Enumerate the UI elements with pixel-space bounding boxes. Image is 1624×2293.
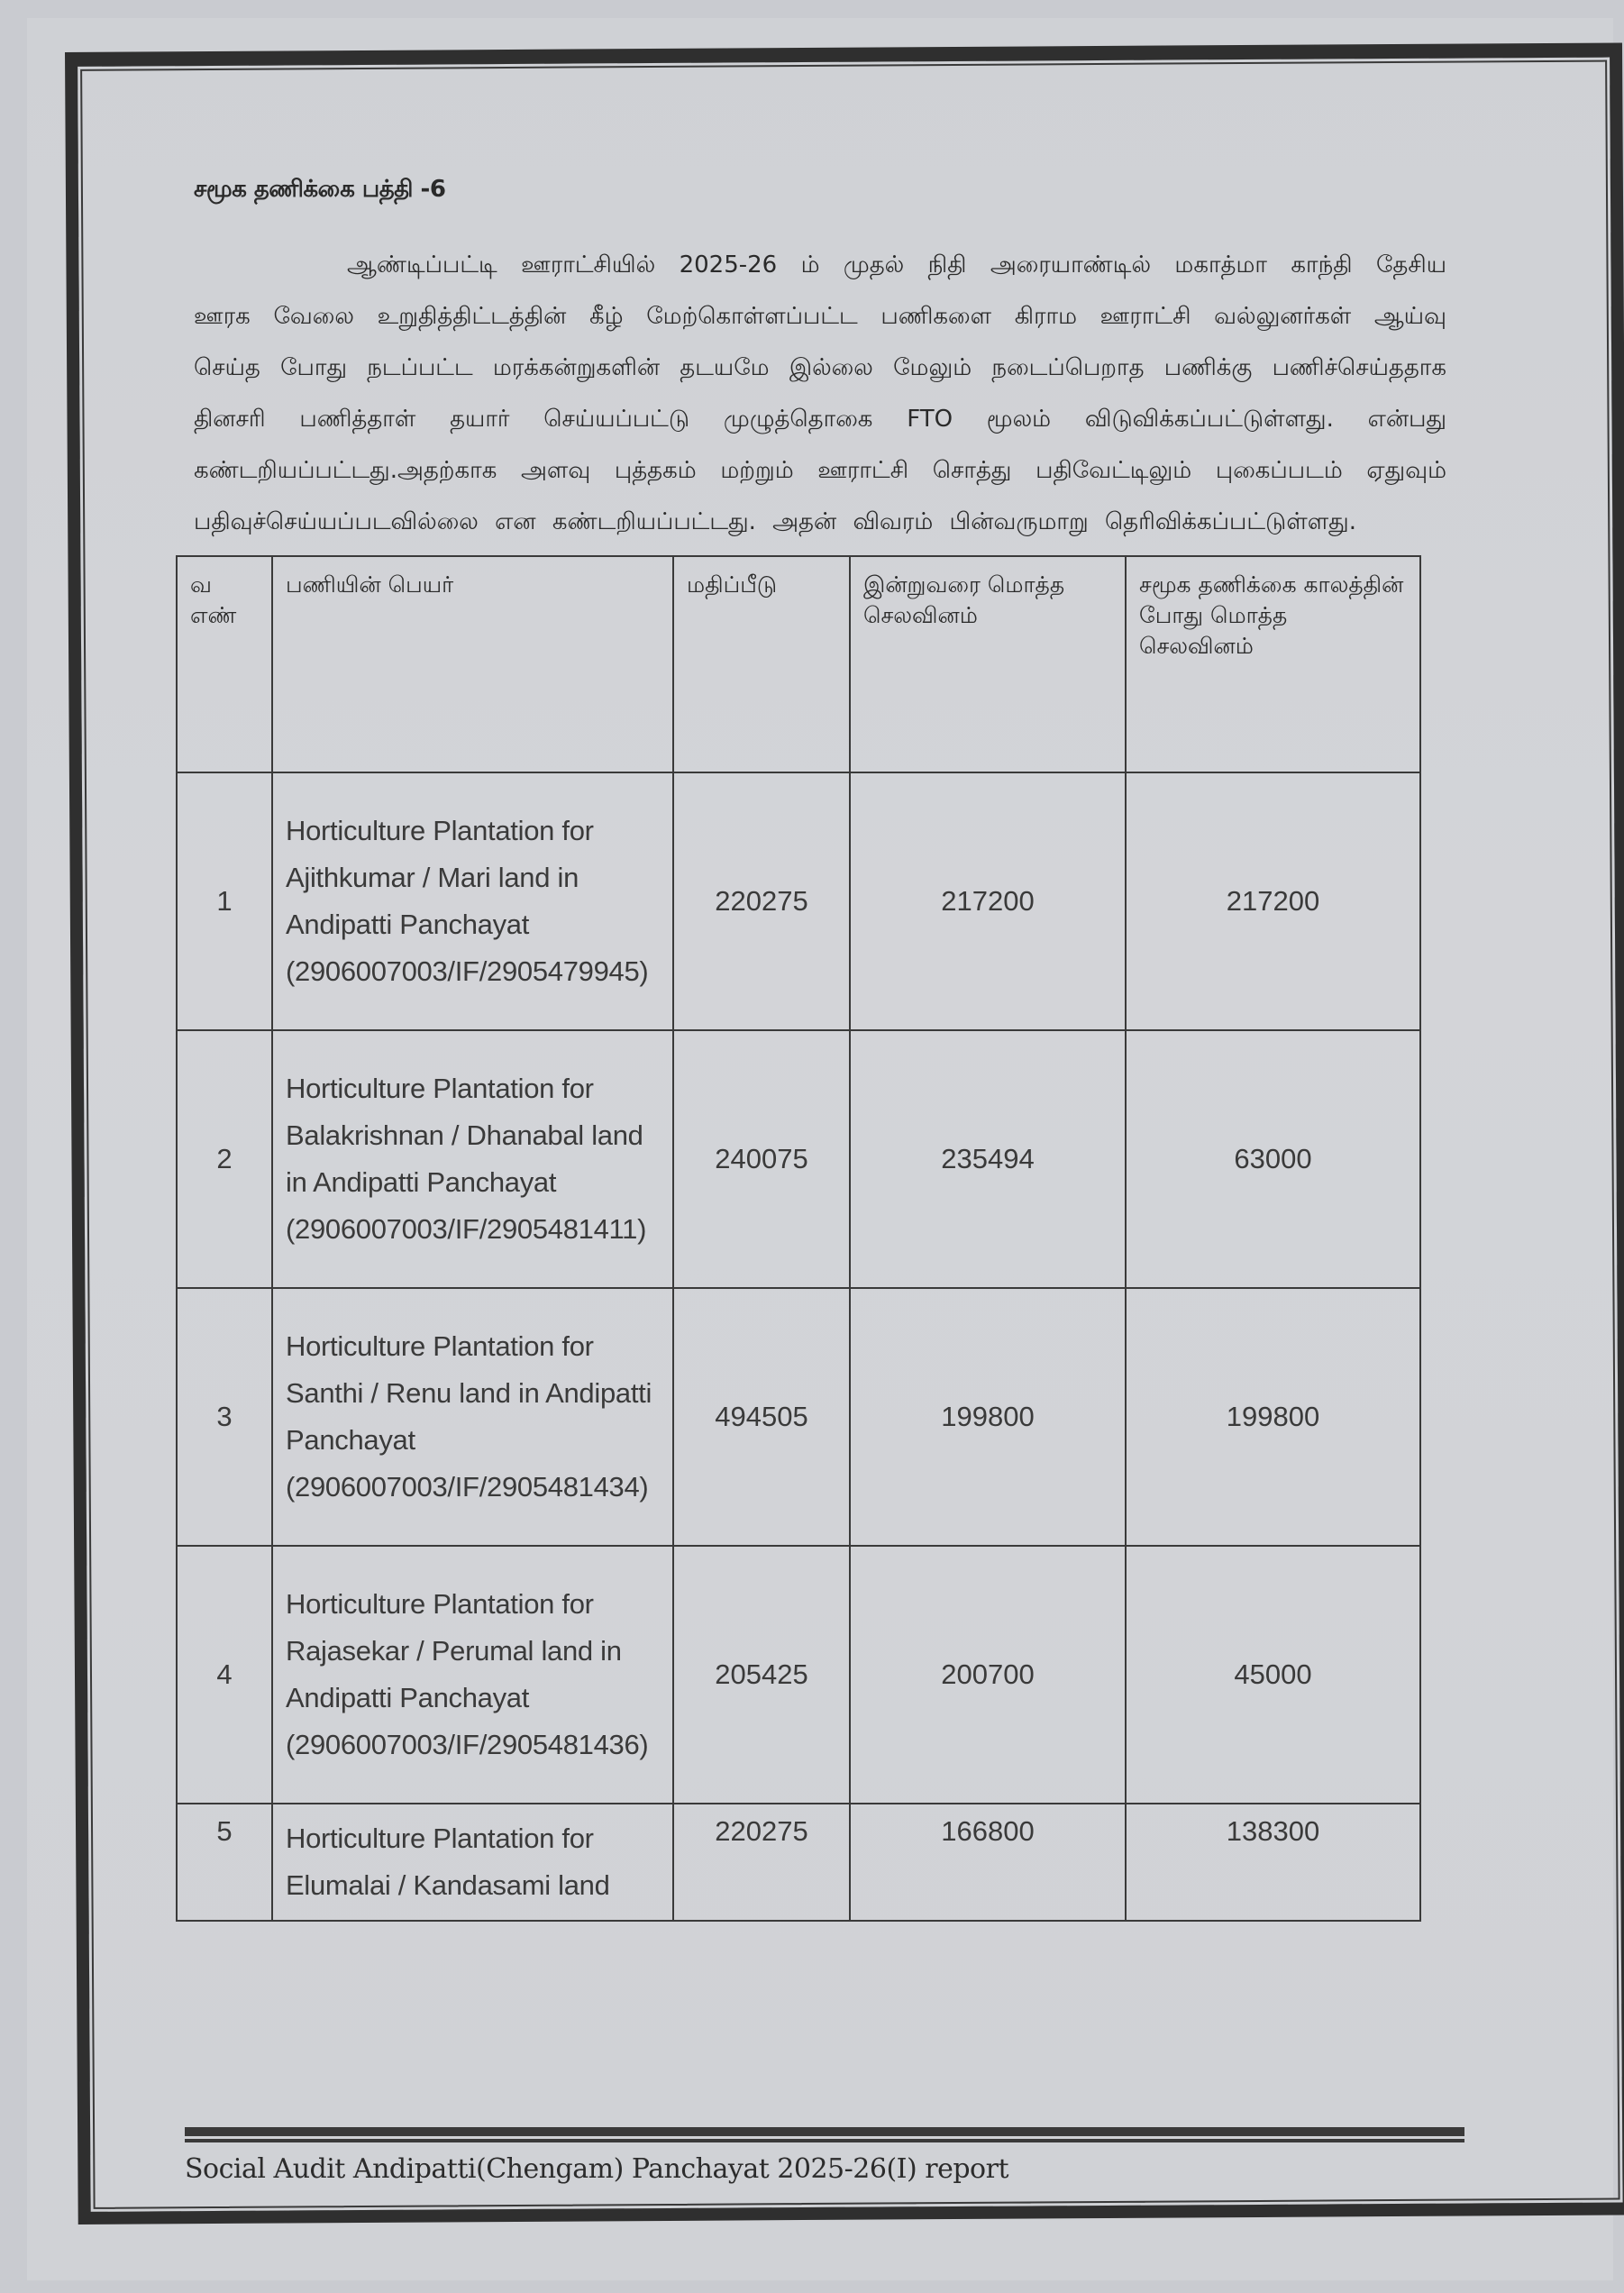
footer-divider [185, 2127, 1464, 2139]
footer-text: Social Audit Andipatti(Chengam) Panchaya… [185, 2153, 1464, 2185]
estimate-cell: 220275 [673, 1804, 850, 1921]
estimate-cell: 240075 [673, 1030, 850, 1288]
header-estimate: மதிப்பீடு [673, 556, 850, 772]
document-body: சமூக தணிக்கை பத்தி -6 ஆண்டிப்பட்டி ஊராட்… [194, 176, 1446, 1922]
expenditure-to-date-cell: 217200 [850, 772, 1126, 1030]
estimate-cell: 494505 [673, 1288, 850, 1546]
expenditure-audit-period-cell: 199800 [1126, 1288, 1420, 1546]
work-name-cell: Horticulture Plantation for Elumalai / K… [272, 1804, 673, 1921]
finding-paragraph: ஆண்டிப்பட்டி ஊராட்சியில் 2025-26 ம் முதல… [194, 240, 1446, 548]
header-expenditure-audit-period: சமூக தணிக்கை காலத்தின் போது மொத்த செலவின… [1126, 556, 1420, 772]
estimate-cell: 205425 [673, 1546, 850, 1804]
estimate-cell: 220275 [673, 772, 850, 1030]
expenditure-to-date-cell: 200700 [850, 1546, 1126, 1804]
header-expenditure-to-date: இன்றுவரை மொத்த செலவினம் [850, 556, 1126, 772]
serial-no-cell: 1 [177, 772, 272, 1030]
table-row: 3 Horticulture Plantation for Santhi / R… [177, 1288, 1420, 1546]
page-footer: Social Audit Andipatti(Chengam) Panchaya… [185, 2127, 1464, 2185]
expenditure-audit-period-cell: 45000 [1126, 1546, 1420, 1804]
expenditure-audit-period-cell: 63000 [1126, 1030, 1420, 1288]
work-name-cell: Horticulture Plantation for Rajasekar / … [272, 1546, 673, 1804]
serial-no-cell: 5 [177, 1804, 272, 1921]
work-name-cell: Horticulture Plantation for Balakrishnan… [272, 1030, 673, 1288]
work-name-cell: Horticulture Plantation for Santhi / Ren… [272, 1288, 673, 1546]
works-table: வ எண் பணியின் பெயர் மதிப்பீடு இன்றுவரை ம… [176, 555, 1421, 1922]
section-title: சமூக தணிக்கை பத்தி -6 [194, 176, 1446, 206]
table-row: 5 Horticulture Plantation for Elumalai /… [177, 1804, 1420, 1921]
serial-no-cell: 4 [177, 1546, 272, 1804]
serial-no-cell: 2 [177, 1030, 272, 1288]
expenditure-audit-period-cell: 217200 [1126, 772, 1420, 1030]
table-row: 4 Horticulture Plantation for Rajasekar … [177, 1546, 1420, 1804]
table-header-row: வ எண் பணியின் பெயர் மதிப்பீடு இன்றுவரை ம… [177, 556, 1420, 772]
expenditure-to-date-cell: 166800 [850, 1804, 1126, 1921]
expenditure-to-date-cell: 199800 [850, 1288, 1126, 1546]
work-name-cell: Horticulture Plantation for Ajithkumar /… [272, 772, 673, 1030]
table-row: 2 Horticulture Plantation for Balakrishn… [177, 1030, 1420, 1288]
header-serial-no: வ எண் [177, 556, 272, 772]
expenditure-audit-period-cell: 138300 [1126, 1804, 1420, 1921]
expenditure-to-date-cell: 235494 [850, 1030, 1126, 1288]
works-table-container: வ எண் பணியின் பெயர் மதிப்பீடு இன்றுவரை ம… [176, 555, 1419, 1922]
serial-no-cell: 3 [177, 1288, 272, 1546]
header-work-name: பணியின் பெயர் [272, 556, 673, 772]
table-row: 1 Horticulture Plantation for Ajithkumar… [177, 772, 1420, 1030]
